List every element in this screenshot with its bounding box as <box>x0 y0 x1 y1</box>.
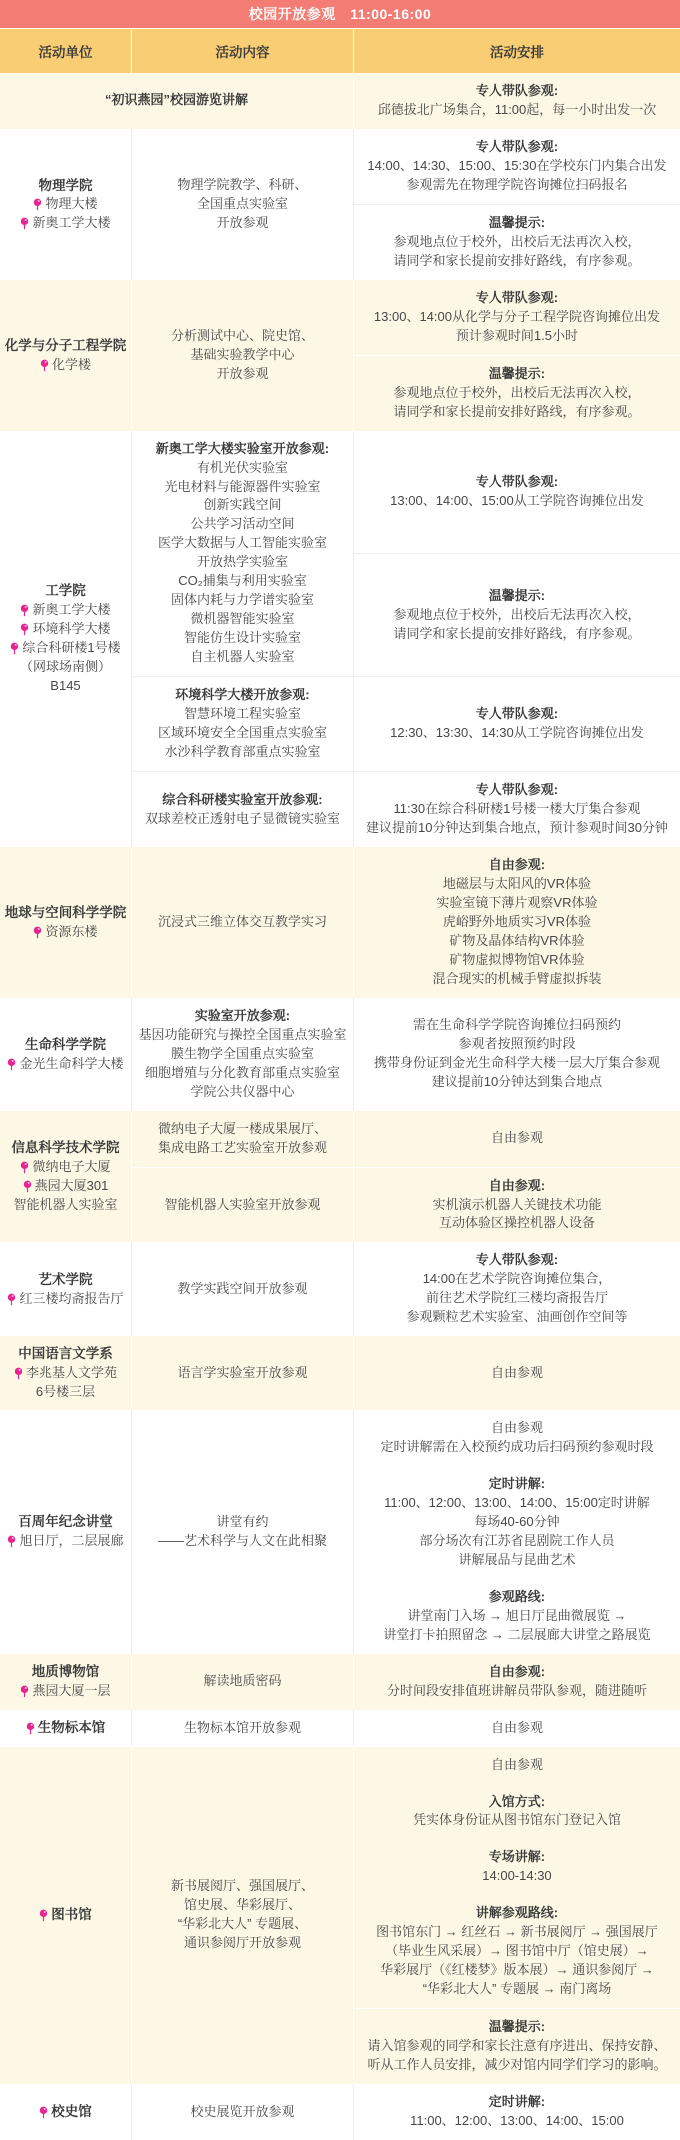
unit-line: 地球与空间科学学院 <box>5 903 127 923</box>
location-pin-icon <box>20 1685 29 1698</box>
location-pin-icon <box>20 217 29 230</box>
location-pin-icon <box>40 359 49 372</box>
content-cell: 智能机器人实验室开放参观 <box>132 1168 354 1243</box>
text-block: 入馆方式:凭实体身份证从图书馆东门登记入馆 <box>413 1793 621 1831</box>
unit-line: 地质博物馆 <box>32 1662 100 1682</box>
schedule-stack: 需在生命科学学院咨询摊位扫码预约参观者按照预约时段携带身份证到金光生命科学大楼一… <box>354 998 680 1111</box>
schedule-stack: 专人带队参观:14:00在艺术学院咨询摊位集合，前往艺术学院红三楼均斋报告厅参观… <box>354 1242 680 1336</box>
text-block: 讲解参观路线:图书馆东门 → 红丝石 → 新书展阅厅 → 强国展厅（毕业生风采展… <box>376 1904 658 1999</box>
text-line: 13:00、14:00从化学与分子工程学院咨询摊位出发 <box>374 308 660 327</box>
column-header-0: 活动单位 <box>0 29 132 73</box>
text-block: 微纳电子大厦一楼成果展厅、集成电路工艺实验室开放参观 <box>158 1120 327 1158</box>
unit-line: 智能机器人实验室 <box>13 1196 117 1215</box>
block-heading: 综合科研楼实验室开放参观: <box>145 791 340 810</box>
block-heading: 自由参观: <box>432 1177 601 1196</box>
text-line: 学院公共仪器中心 <box>138 1083 346 1102</box>
text-block: 专人带队参观:邱德拔北广场集合，11:00起，每一小时出发一次 <box>378 82 657 120</box>
text-line: 有机光伏实验室 <box>156 459 329 478</box>
unit-line: （网球场南侧） <box>20 658 111 677</box>
unit-cell: 工学院新奥工学大楼环境科学大楼综合科研楼1号楼（网球场南侧）B145 <box>0 431 132 847</box>
text-line: 自主机器人实验室 <box>156 648 329 667</box>
text-line: 参观地点位于校外，出校后无法再次入校， <box>393 384 640 403</box>
content-cell: 沉浸式三维立体交互教学实习 <box>132 847 354 998</box>
location-pin-icon <box>33 926 42 939</box>
text-line: 分析测试中心、院史馆、 <box>171 327 314 346</box>
unit-text: 化学与分子工程学院 <box>5 336 127 356</box>
text-block: 定时讲解:11:00、12:00、13:00、14:00、15:00 <box>410 2093 624 2131</box>
unit-cell: 信息科学技术学院微纳电子大厦燕园大厦301智能机器人实验室 <box>0 1111 132 1243</box>
text-block: 语言学实验室开放参观 <box>177 1364 307 1383</box>
text-block: 自由参观 <box>491 1364 543 1383</box>
text-line: 微机器智能实验室 <box>156 610 329 629</box>
location-pin-icon <box>10 642 19 655</box>
text-line: 参观颗粒艺术实验室、油画创作空间等 <box>406 1308 627 1327</box>
table-row: 图书馆新书展阅厅、强国展厅、馆史展、华彩展厅、“华彩北大人” 专题展、通识参阅厅… <box>0 1747 680 2085</box>
unit-cell: 生物标本馆 <box>0 1710 132 1747</box>
unit-text: 智能机器人实验室 <box>13 1196 117 1215</box>
text-line: 参观需先在物理学院咨询摊位扫码报名 <box>367 176 666 195</box>
unit-line: 燕园大厦一层 <box>20 1682 110 1701</box>
band: 教学实践空间开放参观专人带队参观:14:00在艺术学院咨询摊位集合，前往艺术学院… <box>132 1242 680 1336</box>
schedule-stack: 专人带队参观:11:30在综合科研楼1号楼一楼大厅集合参观建议提前10分钟达到集… <box>354 772 680 847</box>
block-heading: 自由参观: <box>432 856 601 875</box>
unit-line: 物理学院 <box>38 176 92 196</box>
text-line: 部分场次有江苏省昆剧院工作人员 <box>384 1532 650 1551</box>
content-cell: 解读地质密码 <box>132 1654 354 1710</box>
location-pin-icon <box>26 1722 35 1735</box>
unit-text: 百周年纪念讲堂 <box>18 1512 113 1532</box>
text-line: 智慧环境工程实验室 <box>158 705 327 724</box>
text-line: 请同学和家长提前安排好路线，有序参观。 <box>393 403 640 422</box>
unit-line: 新奥工学大楼 <box>20 601 110 620</box>
unit-cell: 化学与分子工程学院化学楼 <box>0 280 132 431</box>
location-pin-icon <box>33 198 42 211</box>
unit-text: 资源东楼 <box>45 923 97 942</box>
schedule-cell: 需在生命科学学院咨询摊位扫码预约参观者按照预约时段携带身份证到金光生命科学大楼一… <box>354 998 680 1111</box>
unit-line: 微纳电子大厦 <box>20 1158 110 1177</box>
text-line: 参观者按照预约时段 <box>374 1035 660 1054</box>
schedule-stack: 自由参观:地磁层与太阳风的VR体验实验室镜下薄片观察VR体验虎峪野外地质实习VR… <box>354 847 680 998</box>
schedule-stack: 自由参观定时讲解需在入校预约成功后扫码预约参观时段定时讲解:11:00、12:0… <box>354 1410 680 1654</box>
content-cell: 分析测试中心、院史馆、基础实验教学中心开放参观 <box>132 280 354 431</box>
unit-line: 红三楼均斋报告厅 <box>7 1290 123 1309</box>
schedule-cell: 专人带队参观:13:00、14:00从化学与分子工程学院咨询摊位出发预计参观时间… <box>354 280 680 355</box>
unit-line: 生物标本馆 <box>26 1718 106 1738</box>
content-cell: 讲堂有约——艺术科学与人文在此相聚 <box>132 1410 354 1654</box>
text-line: 通识参阅厅开放参观 <box>171 1934 314 1953</box>
block-heading: 实验室开放参观: <box>138 1007 346 1026</box>
unit-line: 艺术学院 <box>38 1270 92 1290</box>
band: 解读地质密码自由参观:分时间段安排值班讲解员带队参观，随进随听 <box>132 1654 680 1710</box>
text-line: 基础实验教学中心 <box>171 346 314 365</box>
text-line: 解读地质密码 <box>203 1672 281 1691</box>
unit-line: 信息科学技术学院 <box>11 1138 119 1158</box>
text-block: 环境科学大楼开放参观:智慧环境工程实验室区域环境安全全国重点实验室水沙科学教育部… <box>158 686 327 762</box>
bands-wrap: 生物标本馆开放参观自由参观 <box>132 1710 680 1747</box>
text-line: 讲堂有约 <box>158 1513 327 1532</box>
schedule-cell: 自由参观:实机演示机器人关键技术功能互动体验区操控机器人设备 <box>354 1168 680 1243</box>
unit-text: 金光生命科学大楼 <box>19 1055 123 1074</box>
campus-open-day-table: 校园开放参观 11:00-16:00 活动单位活动内容活动安排 “初识燕园”校园… <box>0 0 680 2140</box>
unit-text: 环境科学大楼 <box>32 620 110 639</box>
schedule-cell: 专人带队参观:13:00、14:00、15:00从工学院咨询摊位出发 <box>354 431 680 553</box>
band: 环境科学大楼开放参观:智慧环境工程实验室区域环境安全全国重点实验室水沙科学教育部… <box>132 676 680 771</box>
text-block: 自由参观 <box>491 1129 543 1148</box>
text-block: 解读地质密码 <box>203 1672 281 1691</box>
bands-wrap: 新书展阅厅、强国展厅、馆史展、华彩展厅、“华彩北大人” 专题展、通识参阅厅开放参… <box>132 1747 680 2085</box>
text-block: 自由参观 <box>491 1756 543 1775</box>
text-line: 自由参观 <box>491 1129 543 1148</box>
text-line: 11:00、12:00、13:00、14:00、15:00定时讲解 <box>384 1494 650 1513</box>
text-line: 智能机器人实验室开放参观 <box>164 1196 320 1215</box>
table-row: 中国语言文学系李兆基人文学苑6号楼三层语言学实验室开放参观自由参观 <box>0 1336 680 1410</box>
text-line: 请同学和家长提前安排好路线，有序参观。 <box>393 625 640 644</box>
schedule-stack: 自由参观 <box>354 1336 680 1410</box>
unit-text: 微纳电子大厦 <box>32 1158 110 1177</box>
text-line: 图书馆东门 → 红丝石 → 新书展阅厅 → 强国展厅 <box>376 1923 658 1942</box>
unit-text: 图书馆 <box>51 1905 92 1925</box>
text-line: 双球差校正透射电子显微镜实验室 <box>145 810 340 829</box>
unit-text: 化学楼 <box>52 356 91 375</box>
schedule-cell: 自由参观定时讲解需在入校预约成功后扫码预约参观时段定时讲解:11:00、12:0… <box>354 1410 680 1654</box>
text-line: 沉浸式三维立体交互教学实习 <box>158 913 327 932</box>
table-row: 地质博物馆燕园大厦一层解读地质密码自由参观:分时间段安排值班讲解员带队参观，随进… <box>0 1654 680 1710</box>
content-cell: 微纳电子大厦一楼成果展厅、集成电路工艺实验室开放参观 <box>132 1111 354 1167</box>
location-pin-icon <box>23 1180 32 1193</box>
text-line: 集成电路工艺实验室开放参观 <box>158 1139 327 1158</box>
text-line: 虎峪野外地质实习VR体验 <box>432 913 601 932</box>
unit-text: 燕园大厦301 <box>35 1177 109 1196</box>
text-line: 地磁层与太阳风的VR体验 <box>432 875 601 894</box>
text-line: “华彩北大人” 专题展、 <box>171 1915 314 1934</box>
schedule-stack: 自由参观 <box>354 1710 680 1747</box>
text-block: 定时讲解:11:00、12:00、13:00、14:00、15:00定时讲解每场… <box>384 1475 650 1570</box>
block-heading: 参观路线: <box>383 1588 650 1607</box>
text-line: 生物标本馆开放参观 <box>184 1719 301 1738</box>
table-row: 校史馆校史展览开放参观定时讲解:11:00、12:00、13:00、14:00、… <box>0 2084 680 2140</box>
column-header-1: 活动内容 <box>132 29 354 73</box>
unit-line: 金光生命科学大楼 <box>7 1055 123 1074</box>
text-line: （毕业生风采展）→ 图书馆中厅（馆史展）→ <box>376 1942 658 1961</box>
bands-wrap: 语言学实验室开放参观自由参观 <box>132 1336 680 1410</box>
text-line: 创新实践空间 <box>156 496 329 515</box>
unit-cell: 艺术学院红三楼均斋报告厅 <box>0 1242 132 1336</box>
content-cell: 新奥工学大楼实验室开放参观:有机光伏实验室光电材料与能源器件实验室创新实践空间公… <box>132 431 354 677</box>
content-cell: 校史展览开放参观 <box>132 2084 354 2140</box>
text-line: 14:00-14:30 <box>482 1867 551 1886</box>
text-line: 凭实体身份证从图书馆东门登记入馆 <box>413 1811 621 1830</box>
text-block: 专场讲解:14:00-14:30 <box>482 1848 551 1886</box>
text-line: 光电材料与能源器件实验室 <box>156 478 329 497</box>
text-line: 定时讲解需在入校预约成功后扫码预约参观时段 <box>380 1438 653 1457</box>
table-row: 化学与分子工程学院化学楼分析测试中心、院史馆、基础实验教学中心开放参观专人带队参… <box>0 280 680 431</box>
text-line: 邱德拔北广场集合，11:00起，每一小时出发一次 <box>378 101 657 120</box>
unit-line: 资源东楼 <box>33 923 97 942</box>
unit-line: 新奥工学大楼 <box>20 214 110 233</box>
band: 校史展览开放参观定时讲解:11:00、12:00、13:00、14:00、15:… <box>132 2084 680 2140</box>
block-heading: 温馨提示: <box>393 365 640 384</box>
unit-text: 地球与空间科学学院 <box>5 903 127 923</box>
unit-line: 李兆基人文学苑 <box>14 1364 117 1383</box>
block-heading: 专人带队参观: <box>374 289 660 308</box>
unit-cell: 物理学院物理大楼新奥工学大楼 <box>0 129 132 280</box>
unit-text: （网球场南侧） <box>20 658 111 677</box>
text-line: 固体内耗与力学谱实验室 <box>156 591 329 610</box>
unit-line: 化学楼 <box>40 356 91 375</box>
schedule-stack: 自由参观 <box>354 1111 680 1167</box>
text-block: 物理学院教学、科研、全国重点实验室开放参观 <box>177 176 307 233</box>
block-heading: 专人带队参观: <box>406 1251 627 1270</box>
schedule-stack: 自由参观入馆方式:凭实体身份证从图书馆东门登记入馆专场讲解:14:00-14:3… <box>354 1747 680 2085</box>
schedule-cell: 温馨提示:参观地点位于校外，出校后无法再次入校，请同学和家长提前安排好路线，有序… <box>354 204 680 280</box>
text-line: 11:00、12:00、13:00、14:00、15:00 <box>410 2112 624 2131</box>
text-block: 教学实践空间开放参观 <box>177 1280 307 1299</box>
band: 沉浸式三维立体交互教学实习自由参观:地磁层与太阳风的VR体验实验室镜下薄片观察V… <box>132 847 680 998</box>
unit-text: 旭日厅，二层展廊 <box>19 1532 123 1551</box>
text-line: 混合现实的机械手臂虚拟拆装 <box>432 970 601 989</box>
unit-text: 信息科学技术学院 <box>11 1138 119 1158</box>
text-block: 生物标本馆开放参观 <box>184 1719 301 1738</box>
band: 实验室开放参观:基因功能研究与操控全国重点实验室膜生物学全国重点实验室细胞增殖与… <box>132 998 680 1111</box>
unit-text: 校史馆 <box>51 2102 92 2122</box>
text-line: 微纳电子大厦一楼成果展厅、 <box>158 1120 327 1139</box>
schedule-stack: 专人带队参观:14:00、14:30、15:00、15:30在学校东门内集合出发… <box>354 129 680 280</box>
text-line: 教学实践空间开放参观 <box>177 1280 307 1299</box>
unit-text: 地质博物馆 <box>32 1662 100 1682</box>
text-block: 专人带队参观:14:00在艺术学院咨询摊位集合，前往艺术学院红三楼均斋报告厅参观… <box>406 1251 627 1327</box>
text-line: 13:00、14:00、15:00从工学院咨询摊位出发 <box>390 492 644 511</box>
text-block: 温馨提示:参观地点位于校外，出校后无法再次入校，请同学和家长提前安排好路线，有序… <box>393 365 640 422</box>
unit-text: 生命科学学院 <box>25 1035 106 1055</box>
content-cell: 教学实践空间开放参观 <box>132 1242 354 1336</box>
text-line: 华彩展厅（《红楼梦》版本展）→ 通识参阅厅 → <box>376 1961 658 1980</box>
text-line: 膜生物学全国重点实验室 <box>138 1045 346 1064</box>
text-block: 新奥工学大楼实验室开放参观:有机光伏实验室光电材料与能源器件实验室创新实践空间公… <box>156 440 329 668</box>
content-cell: 物理学院教学、科研、全国重点实验室开放参观 <box>132 129 354 280</box>
text-line: 需在生命科学学院咨询摊位扫码预约 <box>374 1016 660 1035</box>
unit-text: 李兆基人文学苑 <box>26 1364 117 1383</box>
unit-line: 环境科学大楼 <box>20 620 110 639</box>
unit-text: 6号楼三层 <box>36 1383 95 1402</box>
table-row: 工学院新奥工学大楼环境科学大楼综合科研楼1号楼（网球场南侧）B145新奥工学大楼… <box>0 431 680 847</box>
unit-text: 红三楼均斋报告厅 <box>19 1290 123 1309</box>
location-pin-icon <box>14 1367 23 1380</box>
bands-wrap: 实验室开放参观:基因功能研究与操控全国重点实验室膜生物学全国重点实验室细胞增殖与… <box>132 998 680 1111</box>
bands-wrap: 教学实践空间开放参观专人带队参观:14:00在艺术学院咨询摊位集合，前往艺术学院… <box>132 1242 680 1336</box>
table-title: 校园开放参观 11:00-16:00 <box>0 0 680 29</box>
block-heading: 环境科学大楼开放参观: <box>158 686 327 705</box>
text-block: 沉浸式三维立体交互教学实习 <box>158 913 327 932</box>
bands-wrap: 微纳电子大厦一楼成果展厅、集成电路工艺实验室开放参观自由参观智能机器人实验室开放… <box>132 1111 680 1243</box>
table-row: 生命科学学院金光生命科学大楼实验室开放参观:基因功能研究与操控全国重点实验室膜生… <box>0 998 680 1111</box>
band: 综合科研楼实验室开放参观:双球差校正透射电子显微镜实验室专人带队参观:11:30… <box>132 771 680 847</box>
unit-cell: 校史馆 <box>0 2084 132 2140</box>
schedule-cell: 自由参观 <box>354 1710 680 1747</box>
band: 新书展阅厅、强国展厅、馆史展、华彩展厅、“华彩北大人” 专题展、通识参阅厅开放参… <box>132 1747 680 2085</box>
text-line: 前往艺术学院红三楼均斋报告厅 <box>406 1289 627 1308</box>
unit-cell: 中国语言文学系李兆基人文学苑6号楼三层 <box>0 1336 132 1410</box>
text-block: 专人带队参观:13:00、14:00、15:00从工学院咨询摊位出发 <box>390 473 644 511</box>
unit-line: 百周年纪念讲堂 <box>18 1512 113 1532</box>
text-block: 需在生命科学学院咨询摊位扫码预约参观者按照预约时段携带身份证到金光生命科学大楼一… <box>374 1016 660 1092</box>
text-line: 分时间段安排值班讲解员带队参观，随进随听 <box>387 1682 647 1701</box>
text-line: 自由参观 <box>491 1756 543 1775</box>
text-line: 实机演示机器人关键技术功能 <box>432 1196 601 1215</box>
text-line: 全国重点实验室 <box>177 195 307 214</box>
location-pin-icon <box>39 1909 48 1922</box>
text-line: 开放热学实验室 <box>156 553 329 572</box>
block-heading: 自由参观: <box>387 1663 647 1682</box>
text-block: 温馨提示:请入馆参观的同学和家长注意有序进出、保持安静、听从工作人员安排，减少对… <box>367 2018 666 2075</box>
text-line: 12:30、13:30、14:30从工学院咨询摊位出发 <box>390 724 644 743</box>
text-block: 分析测试中心、院史馆、基础实验教学中心开放参观 <box>171 327 314 384</box>
unit-text: B145 <box>50 677 80 696</box>
band: 生物标本馆开放参观自由参观 <box>132 1710 680 1747</box>
text-line: 新书展阅厅、强国展厅、 <box>171 1877 314 1896</box>
block-heading: 入馆方式: <box>413 1793 621 1812</box>
text-block: 实验室开放参观:基因功能研究与操控全国重点实验室膜生物学全国重点实验室细胞增殖与… <box>138 1007 346 1102</box>
text-line: 预计参观时间1.5小时 <box>374 327 660 346</box>
column-header-row: 活动单位活动内容活动安排 <box>0 29 680 73</box>
band: 语言学实验室开放参观自由参观 <box>132 1336 680 1410</box>
text-line: 语言学实验室开放参观 <box>177 1364 307 1383</box>
text-block: 温馨提示:参观地点位于校外，出校后无法再次入校，请同学和家长提前安排好路线，有序… <box>393 587 640 644</box>
table-row: 信息科学技术学院微纳电子大厦燕园大厦301智能机器人实验室微纳电子大厦一楼成果展… <box>0 1111 680 1243</box>
bands-wrap: 沉浸式三维立体交互教学实习自由参观:地磁层与太阳风的VR体验实验室镜下薄片观察V… <box>132 847 680 998</box>
text-block: 专人带队参观:14:00、14:30、15:00、15:30在学校东门内集合出发… <box>367 138 666 195</box>
text-block: 专人带队参观:11:30在综合科研楼1号楼一楼大厅集合参观建议提前10分钟达到集… <box>366 781 668 838</box>
unit-cell: 地球与空间科学学院资源东楼 <box>0 847 132 998</box>
text-line: 互动体验区操控机器人设备 <box>432 1214 601 1233</box>
column-header-2: 活动安排 <box>354 29 680 73</box>
text-line: 智能仿生设计实验室 <box>156 629 329 648</box>
text-line: 建议提前10分钟达到集合地点 <box>374 1073 660 1092</box>
text-block: 专人带队参观:13:00、14:00从化学与分子工程学院咨询摊位出发预计参观时间… <box>374 289 660 346</box>
table-row: 物理学院物理大楼新奥工学大楼物理学院教学、科研、全国重点实验室开放参观专人带队参… <box>0 129 680 280</box>
schedule-stack: 专人带队参观:13:00、14:00从化学与分子工程学院咨询摊位出发预计参观时间… <box>354 280 680 431</box>
unit-line: B145 <box>50 677 80 696</box>
block-heading: 定时讲解: <box>384 1475 650 1494</box>
table-row: 地球与空间科学学院资源东楼沉浸式三维立体交互教学实习自由参观:地磁层与太阳风的V… <box>0 847 680 998</box>
content-cell: 环境科学大楼开放参观:智慧环境工程实验室区域环境安全全国重点实验室水沙科学教育部… <box>132 677 354 771</box>
text-line: 区域环境安全全国重点实验室 <box>158 724 327 743</box>
table-row: 生物标本馆生物标本馆开放参观自由参观 <box>0 1710 680 1747</box>
text-line: 参观地点位于校外，出校后无法再次入校， <box>393 606 640 625</box>
text-line: 开放参观 <box>177 214 307 233</box>
schedule-cell: 专人带队参观:14:00在艺术学院咨询摊位集合，前往艺术学院红三楼均斋报告厅参观… <box>354 1242 680 1336</box>
schedule-cell: 自由参观入馆方式:凭实体身份证从图书馆东门登记入馆专场讲解:14:00-14:3… <box>354 1747 680 2009</box>
text-line: ——艺术科学与人文在此相聚 <box>158 1532 327 1551</box>
content-cell: 新书展阅厅、强国展厅、馆史展、华彩展厅、“华彩北大人” 专题展、通识参阅厅开放参… <box>132 1747 354 2085</box>
schedule-cell: 专人带队参观:12:30、13:30、14:30从工学院咨询摊位出发 <box>354 677 680 771</box>
schedule-stack: 专人带队参观:12:30、13:30、14:30从工学院咨询摊位出发 <box>354 677 680 771</box>
bands-wrap: 讲堂有约——艺术科学与人文在此相聚自由参观定时讲解需在入校预约成功后扫码预约参观… <box>132 1410 680 1654</box>
unit-line: 中国语言文学系 <box>18 1344 113 1364</box>
text-line: 矿物虚拟博物馆VR体验 <box>432 951 601 970</box>
unit-cell: 百周年纪念讲堂旭日厅，二层展廊 <box>0 1410 132 1654</box>
text-block: 参观路线:讲堂南门入场 → 旭日厅昆曲微展览 →讲堂打卡拍照留念 → 二层展廊大… <box>383 1588 650 1645</box>
text-line: 公共学习活动空间 <box>156 515 329 534</box>
unit-text: 物理学院 <box>38 176 92 196</box>
unit-line: 生命科学学院 <box>25 1035 106 1055</box>
block-heading: 新奥工学大楼实验室开放参观: <box>156 440 329 459</box>
text-block: 自由参观定时讲解需在入校预约成功后扫码预约参观时段 <box>380 1419 653 1457</box>
text-line: 14:00在艺术学院咨询摊位集合， <box>406 1270 627 1289</box>
unit-text: 综合科研楼1号楼 <box>22 639 120 658</box>
unit-text: 生物标本馆 <box>38 1718 106 1738</box>
text-line: 每场40-60分钟 <box>384 1513 650 1532</box>
location-pin-icon <box>7 1535 16 1548</box>
content-cell: 综合科研楼实验室开放参观:双球差校正透射电子显微镜实验室 <box>132 772 354 847</box>
unit-line: 6号楼三层 <box>36 1383 95 1402</box>
unit-line: 综合科研楼1号楼 <box>10 639 120 658</box>
text-block: 专人带队参观:12:30、13:30、14:30从工学院咨询摊位出发 <box>390 705 644 743</box>
text-line: 携带身份证到金光生命科学大楼一层大厅集合参观 <box>374 1054 660 1073</box>
text-block: 校史展览开放参观 <box>190 2103 294 2122</box>
schedule-cell: 自由参观 <box>354 1336 680 1410</box>
schedule-stack: 专人带队参观:13:00、14:00、15:00从工学院咨询摊位出发温馨提示:参… <box>354 431 680 677</box>
block-heading: 专人带队参观: <box>378 82 657 101</box>
location-pin-icon <box>39 2106 48 2119</box>
schedule-cell: 自由参观:分时间段安排值班讲解员带队参观，随进随听 <box>354 1654 680 1710</box>
text-block: 新书展阅厅、强国展厅、馆史展、华彩展厅、“华彩北大人” 专题展、通识参阅厅开放参… <box>171 1877 314 1953</box>
text-block: 综合科研楼实验室开放参观:双球差校正透射电子显微镜实验室 <box>145 791 340 829</box>
text-block: 温馨提示:参观地点位于校外，出校后无法再次入校，请同学和家长提前安排好路线，有序… <box>393 214 640 271</box>
bands-wrap: 解读地质密码自由参观:分时间段安排值班讲解员带队参观，随进随听 <box>132 1654 680 1710</box>
block-heading: 专场讲解: <box>482 1848 551 1867</box>
schedule-cell: 定时讲解:11:00、12:00、13:00、14:00、15:00 <box>354 2084 680 2140</box>
unit-line: 化学与分子工程学院 <box>5 336 127 356</box>
unit-text: 新奥工学大楼 <box>32 601 110 620</box>
text-line: 讲堂打卡拍照留念 → 二层展廊大讲堂之路展览 <box>383 1626 650 1645</box>
unit-text: 物理大楼 <box>45 195 97 214</box>
unit-line: 燕园大厦301 <box>23 1177 109 1196</box>
unit-cell: 地质博物馆燕园大厦一层 <box>0 1654 132 1710</box>
schedule-cell: 专人带队参观:11:30在综合科研楼1号楼一楼大厅集合参观建议提前10分钟达到集… <box>354 772 680 847</box>
table-row: 艺术学院红三楼均斋报告厅教学实践空间开放参观专人带队参观:14:00在艺术学院咨… <box>0 1242 680 1336</box>
text-line: 基因功能研究与操控全国重点实验室 <box>138 1026 346 1045</box>
text-line: 听从工作人员安排，减少对馆内同学们学习的影响。 <box>367 2056 666 2075</box>
text-line: 讲解展品与昆曲艺术 <box>384 1551 650 1570</box>
table-body: “初识燕园”校园游览讲解专人带队参观:邱德拔北广场集合，11:00起，每一小时出… <box>0 73 680 2140</box>
unit-line: 旭日厅，二层展廊 <box>7 1532 123 1551</box>
text-line: 水沙科学教育部重点实验室 <box>158 743 327 762</box>
content-cell: 生物标本馆开放参观 <box>132 1710 354 1747</box>
band: 新奥工学大楼实验室开放参观:有机光伏实验室光电材料与能源器件实验室创新实践空间公… <box>132 431 680 677</box>
unit-line: 物理大楼 <box>33 195 97 214</box>
text-line: 开放参观 <box>171 365 314 384</box>
text-block: “初识燕园”校园游览讲解 <box>105 91 248 110</box>
text-line: 请同学和家长提前安排好路线，有序参观。 <box>393 252 640 271</box>
schedule-stack: 自由参观:分时间段安排值班讲解员带队参观，随进随听 <box>354 1654 680 1710</box>
bands-wrap: 物理学院教学、科研、全国重点实验室开放参观专人带队参观:14:00、14:30、… <box>132 129 680 280</box>
block-heading: 专人带队参观: <box>366 781 668 800</box>
text-line: 11:30在综合科研楼1号楼一楼大厅集合参观 <box>366 800 668 819</box>
band: 分析测试中心、院史馆、基础实验教学中心开放参观专人带队参观:13:00、14:0… <box>132 280 680 431</box>
unit-line: 工学院 <box>45 581 86 601</box>
block-heading: 专人带队参观: <box>390 705 644 724</box>
text-block: 自由参观:地磁层与太阳风的VR体验实验室镜下薄片观察VR体验虎峪野外地质实习VR… <box>432 856 601 989</box>
text-line: 14:00、14:30、15:00、15:30在学校东门内集合出发 <box>367 157 666 176</box>
text-line: 自由参观 <box>491 1364 543 1383</box>
unit-line: 图书馆 <box>39 1905 92 1925</box>
text-line: 请入馆参观的同学和家长注意有序进出、保持安静、 <box>367 2037 666 2056</box>
text-line: 建议提前10分钟达到集合地点，预计参观时间30分钟 <box>366 819 668 838</box>
text-block: 智能机器人实验室开放参观 <box>164 1196 320 1215</box>
unit-text: 新奥工学大楼 <box>32 214 110 233</box>
schedule-cell: 温馨提示:参观地点位于校外，出校后无法再次入校，请同学和家长提前安排好路线，有序… <box>354 553 680 676</box>
block-heading: 定时讲解: <box>410 2093 624 2112</box>
